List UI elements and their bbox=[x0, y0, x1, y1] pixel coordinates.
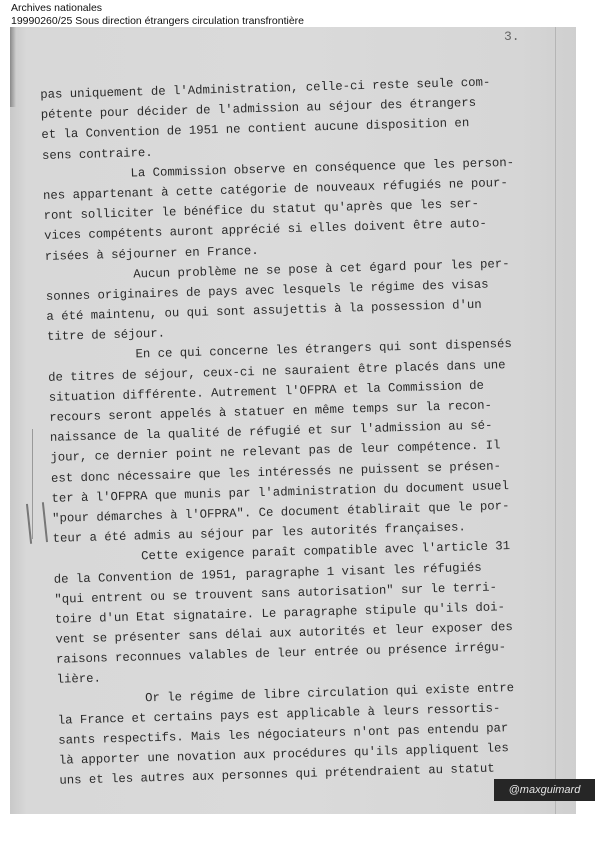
page-edge-shadow bbox=[10, 27, 16, 107]
institution-name: Archives nationales bbox=[11, 2, 304, 15]
margin-annotation-strokes bbox=[26, 502, 48, 544]
archive-reference: 19990260/25 Sous direction étrangers cir… bbox=[11, 15, 304, 28]
watermark-label: @maxguimard bbox=[494, 779, 595, 801]
typewritten-body: pas uniquement de l'Administration, cell… bbox=[40, 70, 580, 791]
archive-header: Archives nationales 19990260/25 Sous dir… bbox=[11, 2, 304, 28]
page-number: 3. bbox=[504, 29, 520, 44]
scanned-page: 3. pas uniquement de l'Administration, c… bbox=[10, 27, 576, 814]
